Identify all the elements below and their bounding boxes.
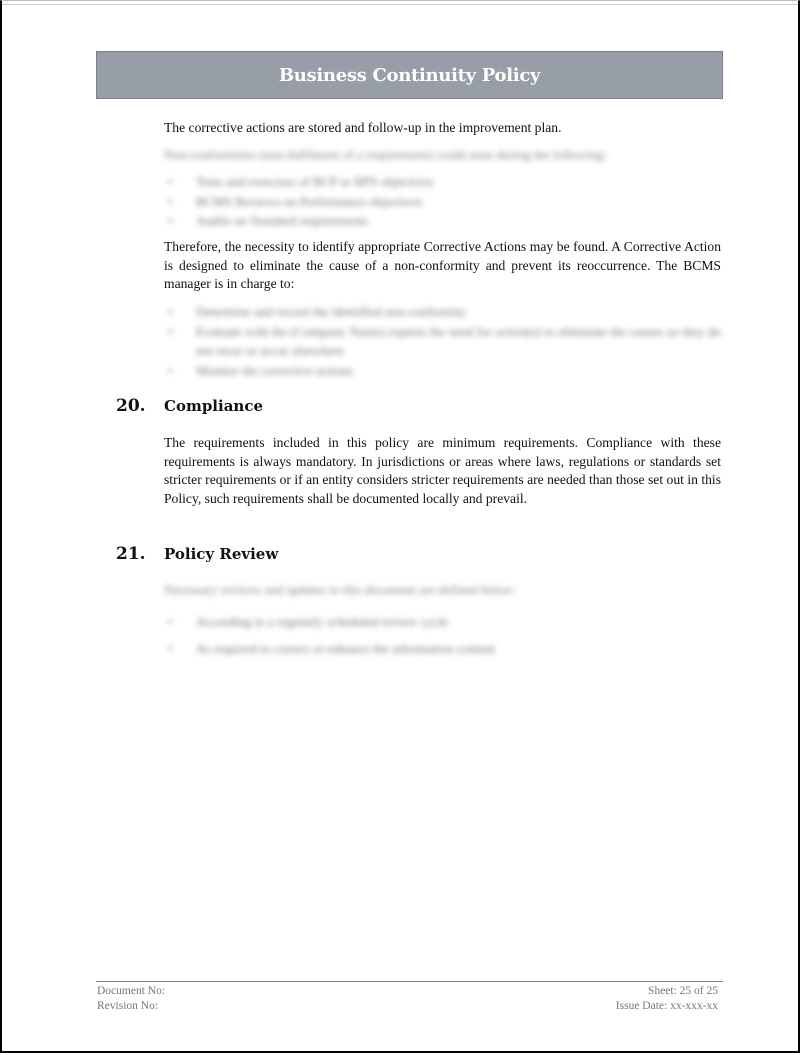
blurred-list-2: •Determine and record the identified non…: [164, 302, 721, 380]
section-title: Compliance: [164, 397, 263, 415]
section-heading-policy-review: 21.Policy Review: [116, 544, 278, 564]
section-number: 21.: [116, 544, 164, 564]
sheet-number: Sheet: 25 of 25: [616, 984, 718, 999]
therefore-paragraph: Therefore, the necessity to identify app…: [164, 238, 721, 294]
section-number: 20.: [116, 396, 164, 416]
list-item: •Monitor the corrective actions: [164, 361, 721, 381]
blurred-paragraph: Necessary reviews and updates to this do…: [164, 581, 721, 600]
document-title: Business Continuity Policy: [279, 65, 540, 86]
footer-left: Document No: Revision No:: [97, 984, 165, 1014]
list-item: •According to a regularly scheduled revi…: [164, 608, 721, 635]
page-top-rule: [2, 4, 798, 5]
intro-paragraph: The corrective actions are stored and fo…: [164, 119, 721, 138]
compliance-paragraph: The requirements included in this policy…: [164, 434, 721, 508]
blurred-paragraph: Non-conformities (non-fulfilment of a re…: [164, 146, 721, 165]
blurred-list-1: •Tests and exercises of BCP or BPS objec…: [164, 172, 721, 231]
document-page: Business Continuity Policy The correctiv…: [0, 0, 800, 1053]
list-item: •Evaluate with the (Company Name) expert…: [164, 322, 721, 361]
list-item: •BCMS Reviews on Performance objectives: [164, 192, 721, 212]
title-banner: Business Continuity Policy: [96, 51, 723, 99]
document-no-label: Document No:: [97, 984, 165, 999]
revision-no-label: Revision No:: [97, 999, 165, 1014]
section-title: Policy Review: [164, 545, 278, 563]
list-item: •Tests and exercises of BCP or BPS objec…: [164, 172, 721, 192]
footer-right: Sheet: 25 of 25 Issue Date: xx-xxx-xx: [616, 984, 718, 1014]
blurred-list-3: •According to a regularly scheduled revi…: [164, 608, 721, 662]
list-item: •Audits on Standard requirements: [164, 211, 721, 231]
list-item: •Determine and record the identified non…: [164, 302, 721, 322]
list-item: •As required to correct or enhance the i…: [164, 635, 721, 662]
footer-rule: [96, 981, 723, 982]
section-heading-compliance: 20.Compliance: [116, 396, 263, 416]
issue-date: Issue Date: xx-xxx-xx: [616, 999, 718, 1014]
